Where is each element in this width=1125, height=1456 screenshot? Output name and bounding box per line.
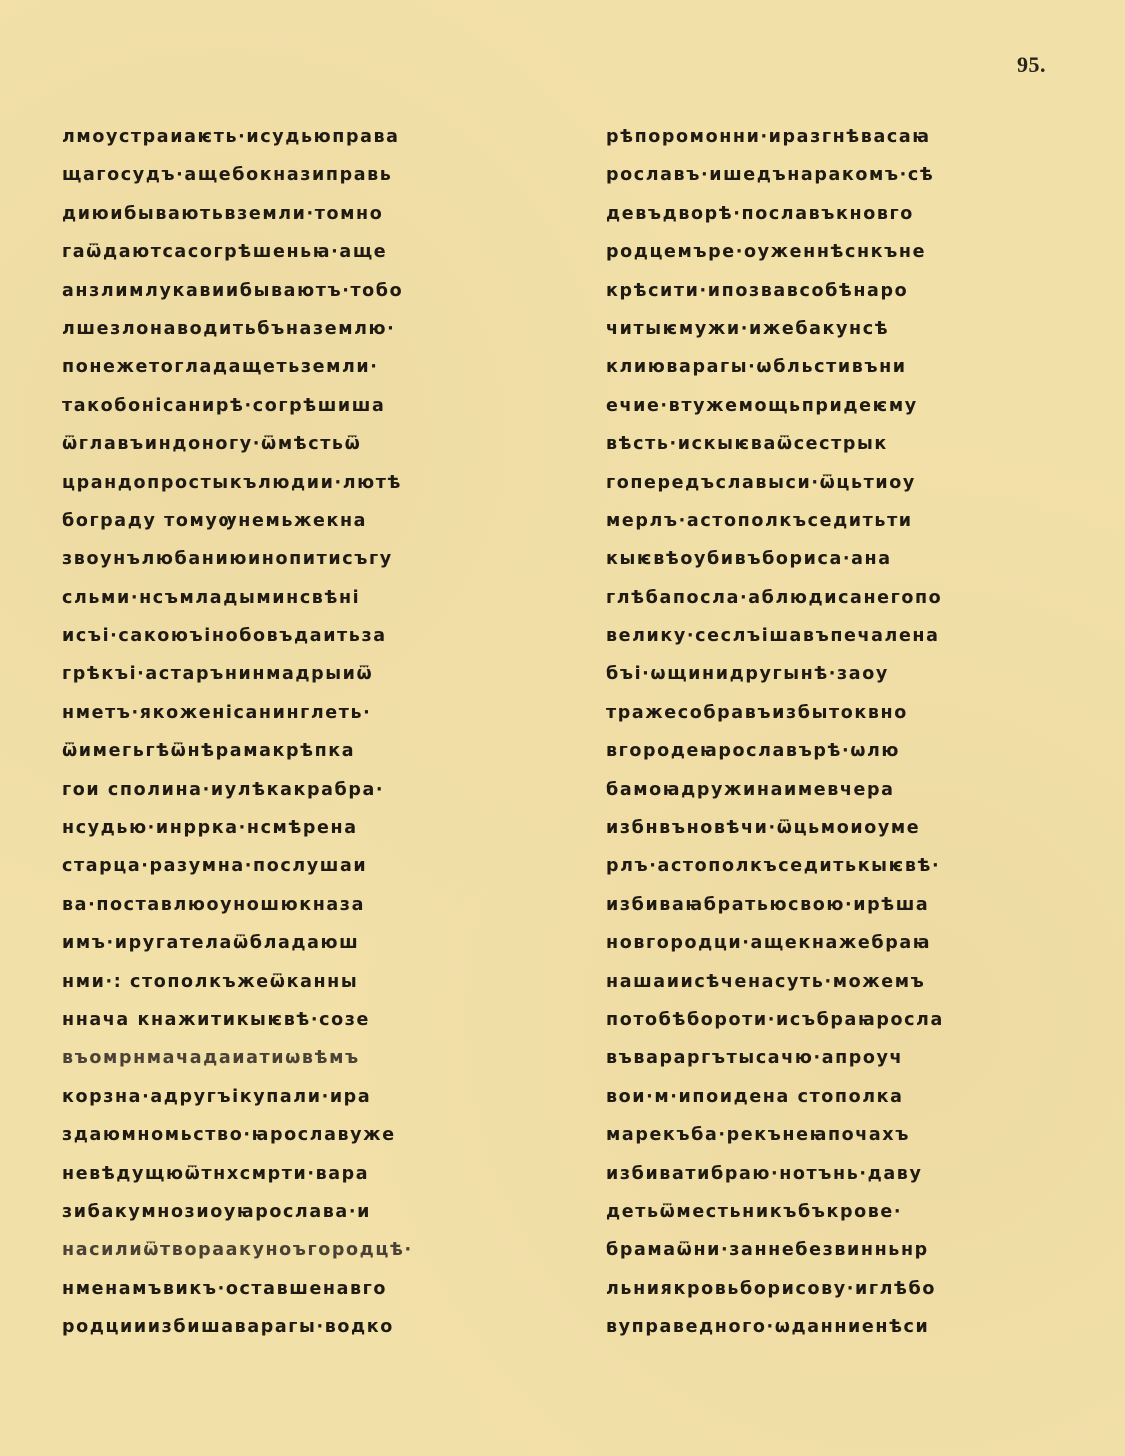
text-line: детьѿместьникъбъкрове· [606, 1193, 1076, 1231]
text-line: грѣкъi·астарънинмадрыиѿ [62, 655, 550, 693]
text-line: анзлимлукавиибываютъ·тобо [62, 272, 550, 310]
text-line: црандопростыкълюдии·лютѣ [62, 464, 550, 502]
text-line: невѣдущюѿтнхсмрти·вара [62, 1155, 550, 1193]
text-line: потобѣбороти·исъбраꙗросла [606, 1001, 1076, 1039]
text-line: льниякровьборисову·иглѣбо [606, 1270, 1076, 1308]
text-line: брамаѿни·заннебезвинньнр [606, 1231, 1076, 1269]
text-line: нметъ·якоженісанинглеть· [62, 694, 550, 732]
text-line: ва·поставлюоунoшюкназа [62, 886, 550, 924]
text-line: вуправедного·ѡданниенѣси [606, 1308, 1076, 1346]
text-line: лшезлонаводитьбъназемлю· [62, 310, 550, 348]
text-line: здаюмномьство·ꙗрославужe [62, 1116, 550, 1154]
right-column: рѣпоромонни·иразгнѣвасаꙗ рославъ·ишедъна… [606, 118, 1076, 1347]
text-line: родцемъре·оуженнѣснкъне [606, 233, 1076, 271]
text-line: нсудью·инррка·нсмѣрена [62, 809, 550, 847]
text-line: читыѥмужи·ижебакунсѣ [606, 310, 1076, 348]
text-line: лмоустраиаѥть·исудьюправа [62, 118, 550, 156]
text-line: рѣпоромонни·иразгнѣвасаꙗ [606, 118, 1076, 156]
text-line: ннача кнажитикыѥвѣ·созе [62, 1001, 550, 1039]
text-line: звоунълюбаниюинопитисъгу [62, 540, 550, 578]
text-line: зибакумнозиоуꙗрослава·и [62, 1193, 550, 1231]
text-line: мерлъ·астополкъседитьти [606, 502, 1076, 540]
text-line: избиватибраю·нотънь·даву [606, 1155, 1076, 1193]
text-line: избнвъновѣчи·ѿцьмоиоуме [606, 809, 1076, 847]
text-line: гаѿдаютсасогрѣшеньꙗ·аще [62, 233, 550, 271]
text-line: новгородци·ащекнажебраꙗ [606, 924, 1076, 962]
text-line: старца·разумна·послушаи [62, 847, 550, 885]
text-line: диюибываютьвземли·томно [62, 195, 550, 233]
text-line: рлъ·астополкъседитькыѥвѣ· [606, 847, 1076, 885]
text-line: насилиѿтвораакуноъгородцѣ· [62, 1231, 550, 1269]
text-line: марекъба·рекънеꙗпочахъ [606, 1116, 1076, 1154]
text-line: корзна·адругъiкупали·ира [62, 1078, 550, 1116]
text-line: родцииизбишаварагы·водко [62, 1308, 550, 1346]
text-line: въомрнмачадаиатиѡвѣмъ [62, 1039, 550, 1077]
text-line: кыѥвѣоубивъбориса·ана [606, 540, 1076, 578]
left-column: лмоустраиаѥть·исудьюправа щагосудъ·ащебо… [62, 118, 550, 1347]
text-line: нми·: Стополкъжеѿканны [62, 963, 550, 1001]
page-number: 95. [1017, 52, 1046, 78]
text-line: ѿглавъиндоногу·ѿмѣстьѿ [62, 425, 550, 463]
text-line: сльми·нсъмладыминсвѣнi [62, 579, 550, 617]
text-line: нменамъвикъ·оставшенавго [62, 1270, 550, 1308]
text-line: нашаиисѣченасуть·можемъ [606, 963, 1076, 1001]
text-line: гои сполина·иулѣкакрабра· [62, 771, 550, 809]
text-line: ѿимегьгѣѿнѣрамакрѣпка [62, 732, 550, 770]
text-line: понежетогладащетьземли· [62, 348, 550, 386]
text-line: вои·м·ипоидена стополка [606, 1078, 1076, 1116]
text-line: гопередъславыси·ѿцьтиоу [606, 464, 1076, 502]
text-line: глѣбапосла·аблюдисанегопо [606, 579, 1076, 617]
text-line: тражесобравъизбытоквно [606, 694, 1076, 732]
text-line: бамоꙗдружинаимевчера [606, 771, 1076, 809]
text-line: такобонісанирѣ·согрѣшиша [62, 387, 550, 425]
text-line: бограду томуѹнемьжекна [62, 502, 550, 540]
text-line: вгородеꙗрославърѣ·ѡлю [606, 732, 1076, 770]
text-line: клиюварагы·ѡбльстивъни [606, 348, 1076, 386]
text-line: въвараргътысачю·апроуч [606, 1039, 1076, 1077]
text-line: ечие·втужемощьпридеѥму [606, 387, 1076, 425]
text-line: крѣсити·ипозвавсобѣнаро [606, 272, 1076, 310]
text-line: девъдворѣ·пославъкновго [606, 195, 1076, 233]
text-line: вѣсть·искыѥваѿсестрык [606, 425, 1076, 463]
text-line: бъi·ѡщинидругынѣ·заоу [606, 655, 1076, 693]
text-line: велику·сеслъiшавъпечалена [606, 617, 1076, 655]
text-line: избиваꙗбратьюсвою·ирѣша [606, 886, 1076, 924]
text-line: щагосудъ·ащебокназиправь [62, 156, 550, 194]
text-line: имъ·иругателаѿбладаюш [62, 924, 550, 962]
text-line: исъi·сакоюъiнобовъдаитьза [62, 617, 550, 655]
text-line: рославъ·ишедънаракомъ·сѣ [606, 156, 1076, 194]
